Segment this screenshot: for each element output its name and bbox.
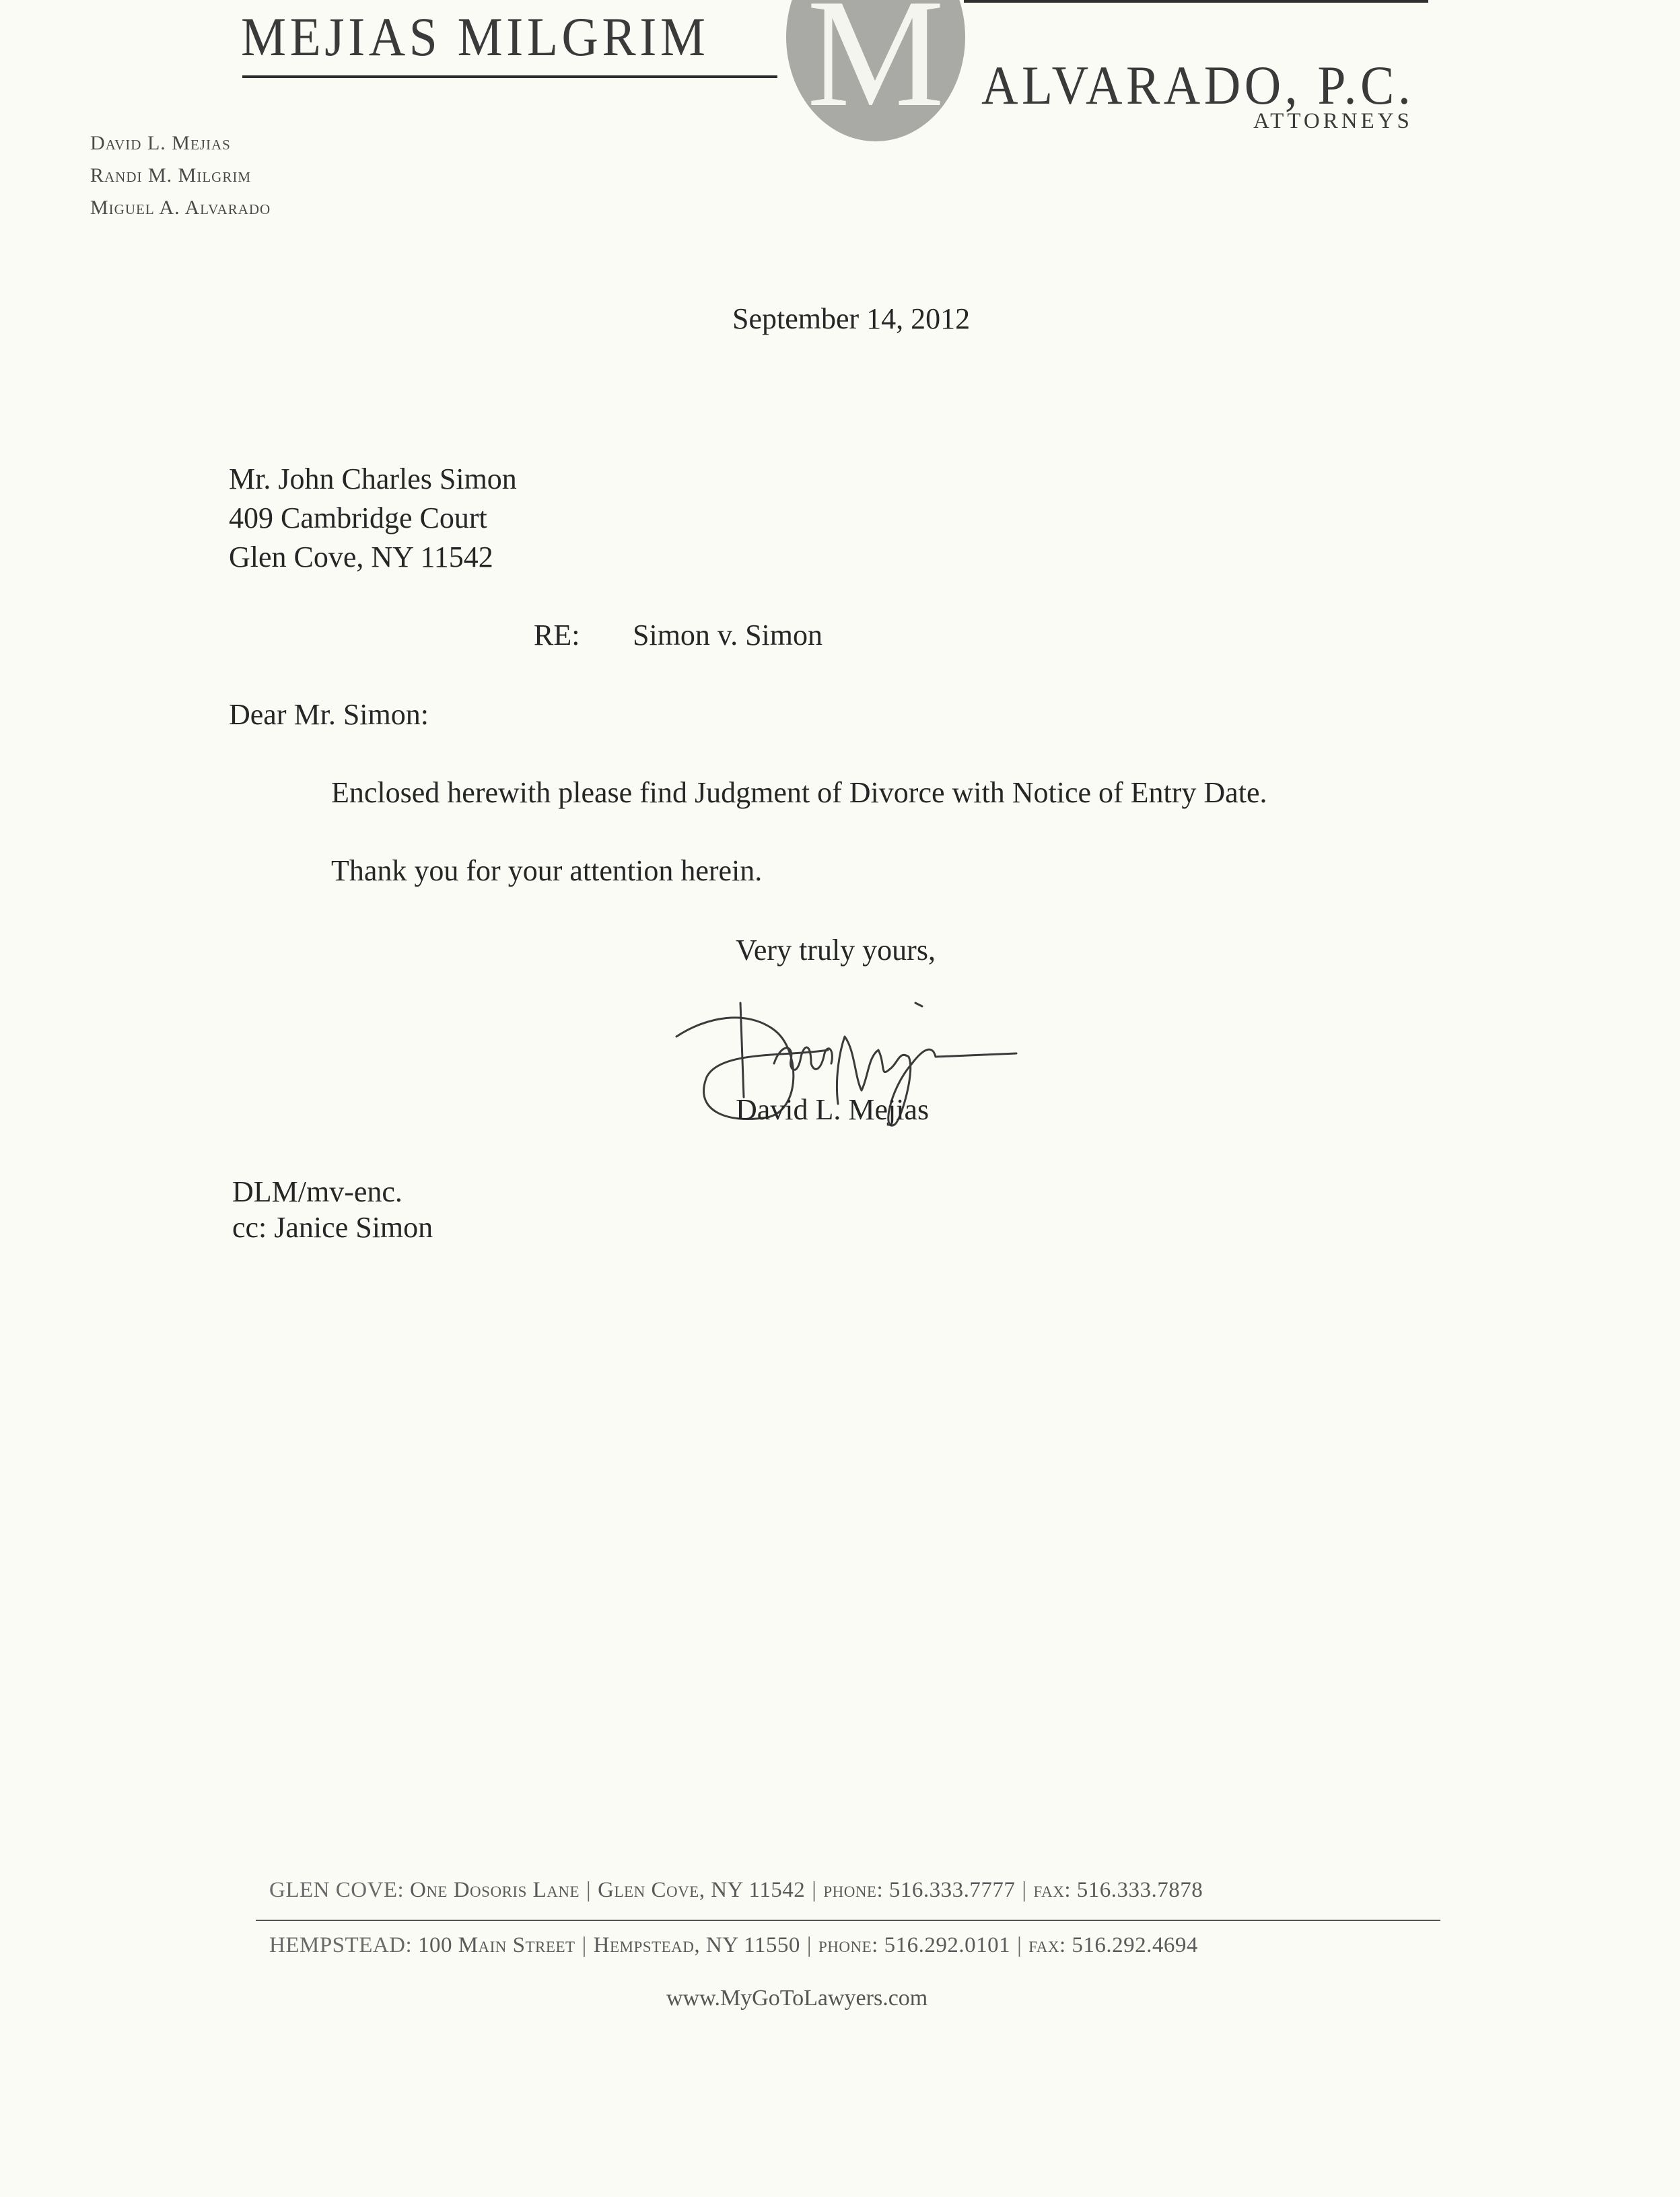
salutation: Dear Mr. Simon: xyxy=(229,697,429,732)
office-fax: 516.292.4694 xyxy=(1072,1933,1198,1957)
phone-label: phone: xyxy=(818,1933,878,1957)
signer-name: David L. Mejias xyxy=(736,1092,929,1127)
footer-office-hempstead: HEMPSTEAD: 100 Main Street|Hempstead, NY… xyxy=(269,1933,1198,1958)
office-phone: 516.333.7777 xyxy=(889,1878,1016,1902)
cc-line: cc: Janice Simon xyxy=(232,1210,433,1245)
office-city-state-zip: Glen Cove, NY 11542 xyxy=(598,1878,805,1902)
separator: | xyxy=(800,1933,818,1957)
separator: | xyxy=(805,1878,823,1902)
body-paragraph: Thank you for your attention herein. xyxy=(331,853,762,888)
separator: | xyxy=(1010,1933,1028,1957)
closing: Very truly yours, xyxy=(736,933,936,967)
body-paragraph: Enclosed herewith please find Judgment o… xyxy=(331,775,1267,810)
separator: | xyxy=(580,1878,598,1902)
separator: | xyxy=(575,1933,594,1957)
phone-label: phone: xyxy=(823,1878,883,1902)
recipient-street: 409 Cambridge Court xyxy=(229,501,487,535)
separator: | xyxy=(1015,1878,1033,1902)
partner-name: David L. Mejias xyxy=(90,132,231,155)
recipient-name: Mr. John Charles Simon xyxy=(229,462,517,496)
footer-office-glen-cove: GLEN COVE: One Dosoris Lane|Glen Cove, N… xyxy=(269,1878,1203,1903)
logo-monogram: M xyxy=(786,0,965,131)
office-city: GLEN COVE: xyxy=(269,1878,404,1902)
firm-name-left: MEJIAS MILGRIM xyxy=(241,5,709,69)
letter-date: September 14, 2012 xyxy=(732,302,970,336)
letterhead-rule-left xyxy=(242,75,777,78)
fax-label: fax: xyxy=(1028,1933,1065,1957)
office-phone: 516.292.0101 xyxy=(884,1933,1011,1957)
recipient-city: Glen Cove, NY 11542 xyxy=(229,540,493,574)
firm-name-right: ALVARADO, P.C. xyxy=(981,54,1414,117)
office-city: HEMPSTEAD: xyxy=(269,1933,412,1957)
partner-name: Miguel A. Alvarado xyxy=(90,197,271,219)
office-street: One Dosoris Lane xyxy=(410,1878,580,1902)
letterhead-rule-right xyxy=(964,0,1428,3)
re-subject: Simon v. Simon xyxy=(633,618,823,652)
footer-divider xyxy=(256,1920,1440,1921)
reference-initials: DLM/mv-enc. xyxy=(232,1175,403,1209)
re-label: RE: xyxy=(534,618,580,652)
partner-name: Randi M. Milgrim xyxy=(90,164,251,187)
firm-tagline: ATTORNEYS xyxy=(1253,109,1413,134)
office-fax: 516.333.7878 xyxy=(1077,1878,1203,1902)
office-city-state-zip: Hempstead, NY 11550 xyxy=(594,1933,800,1957)
website-link[interactable]: www.MyGoToLawyers.com xyxy=(666,1986,928,2011)
office-street: 100 Main Street xyxy=(418,1933,575,1957)
fax-label: fax: xyxy=(1034,1878,1071,1902)
